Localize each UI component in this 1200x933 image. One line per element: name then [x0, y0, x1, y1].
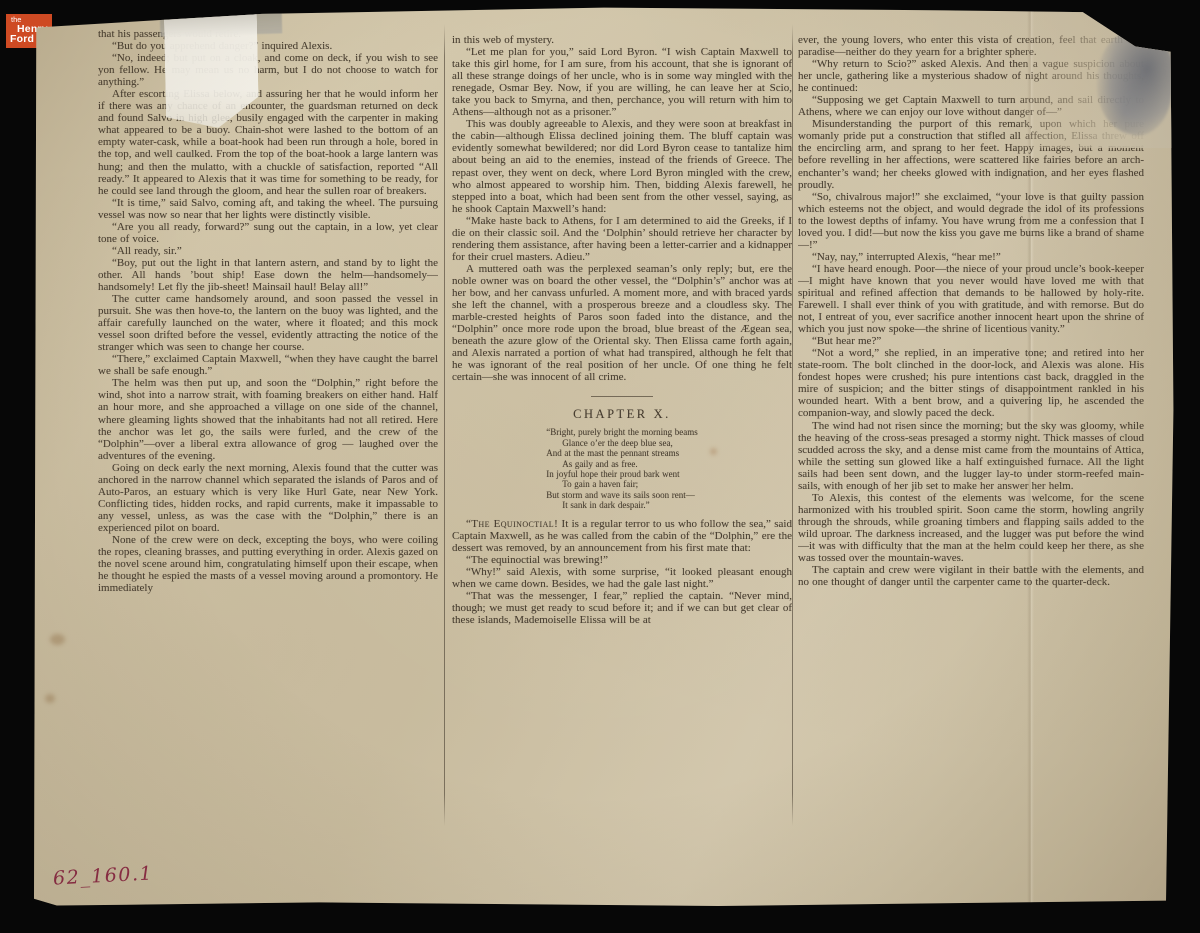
paragraph: Going on deck early the next morning, Al…	[98, 462, 438, 534]
section-divider-rule	[591, 396, 653, 397]
paragraph: To Alexis, this contest of the elements …	[798, 492, 1144, 564]
small-caps-lead: “The Equinoctial!	[466, 518, 558, 530]
paragraph: “Why!” said Alexis, with some surprise, …	[452, 566, 792, 590]
paragraph: “Make haste back to Athens, for I am det…	[452, 215, 792, 263]
accession-number: 62_160.1	[52, 862, 153, 889]
photograph-background: the Henry Ford that his passengers would…	[0, 0, 1200, 933]
poem-line: Glance o’er the deep blue sea,	[546, 438, 697, 448]
paragraph: This was doubly agreeable to Alexis, and…	[452, 118, 792, 214]
paragraph: in this web of mystery.	[452, 34, 792, 46]
poem-line: It sank in dark despair.”	[546, 500, 697, 510]
paragraph: “It is time,” said Salvo, coming aft, an…	[98, 197, 438, 221]
paragraph: The wind had not risen since the morning…	[798, 420, 1144, 492]
paragraph: “I have heard enough. Poor—the niece of …	[798, 263, 1144, 335]
paragraph: “There,” exclaimed Captain Maxwell, “whe…	[98, 353, 438, 377]
paragraph: “Nay, nay,” interrupted Alexis, “hear me…	[798, 251, 1144, 263]
chapter-epigraph-poem: “Bright, purely bright the morning beams…	[546, 427, 697, 510]
text-column-right: ever, the young lovers, who enter this v…	[798, 34, 1144, 842]
column-divider-right	[792, 24, 793, 826]
scanned-page: that his passengers would retire.“But do…	[34, 4, 1174, 906]
paragraph: “Why return to Scio?” asked Alexis. And …	[798, 58, 1144, 94]
paragraph: The cutter came handsomely around, and s…	[98, 293, 438, 353]
paragraph: “Supposing we get Captain Maxwell to tur…	[798, 94, 1144, 118]
paragraph: “Boy, put out the light in that lantern …	[98, 257, 438, 293]
column-divider-left	[444, 24, 445, 826]
paragraph: “But hear me?”	[798, 335, 1144, 347]
paragraph: “No, indeed; but put on a cloak, and com…	[98, 52, 438, 88]
paragraph: The helm was then put up, and soon the “…	[98, 377, 438, 461]
paragraph: The captain and crew were vigilant in th…	[798, 564, 1144, 588]
paragraph: “Not a word,” she replied, in an imperat…	[798, 347, 1144, 419]
poem-line: In joyful hope their proud bark went	[546, 469, 697, 479]
foxing-spot	[50, 634, 65, 645]
paragraph: “So, chivalrous major!” she exclaimed, “…	[798, 191, 1144, 251]
paragraph: “But do you apprehend danger?” inquired …	[98, 40, 438, 52]
poem-line: But storm and wave its sails soon rent—	[546, 490, 697, 500]
text-column-middle: in this web of mystery.“Let me plan for …	[452, 34, 792, 842]
chapter-heading: CHAPTER X.	[452, 408, 792, 420]
text-column-left: that his passengers would retire.“But do…	[98, 28, 438, 836]
paragraph: “The Equinoctial! It is a regular terror…	[452, 518, 792, 554]
poem-line: To gain a haven fair;	[546, 479, 697, 489]
paragraph: After escorting Elissa below, and assuri…	[98, 88, 438, 196]
paragraph: “All ready, sir.”	[98, 245, 438, 257]
paragraph: ever, the young lovers, who enter this v…	[798, 34, 1144, 58]
poem-line: “Bright, purely bright the morning beams	[546, 427, 697, 437]
paragraph: “That was the messenger, I fear,” replie…	[452, 590, 792, 626]
paragraph: A muttered oath was the perplexed seaman…	[452, 263, 792, 383]
foxing-spot	[710, 448, 717, 455]
paragraph: “The equinoctial was brewing!”	[452, 554, 792, 566]
foxing-spot	[45, 694, 55, 703]
poem-line: And at the mast the pennant streams	[546, 448, 697, 458]
paragraph: None of the crew were on deck, excepting…	[98, 534, 438, 594]
paragraph: Misunderstanding the purport of this rem…	[798, 118, 1144, 190]
paragraph: “Are you all ready, forward?” sung out t…	[98, 221, 438, 245]
paragraph: “Let me plan for you,” said Lord Byron. …	[452, 46, 792, 118]
poem-line: As gaily and as free.	[546, 459, 697, 469]
